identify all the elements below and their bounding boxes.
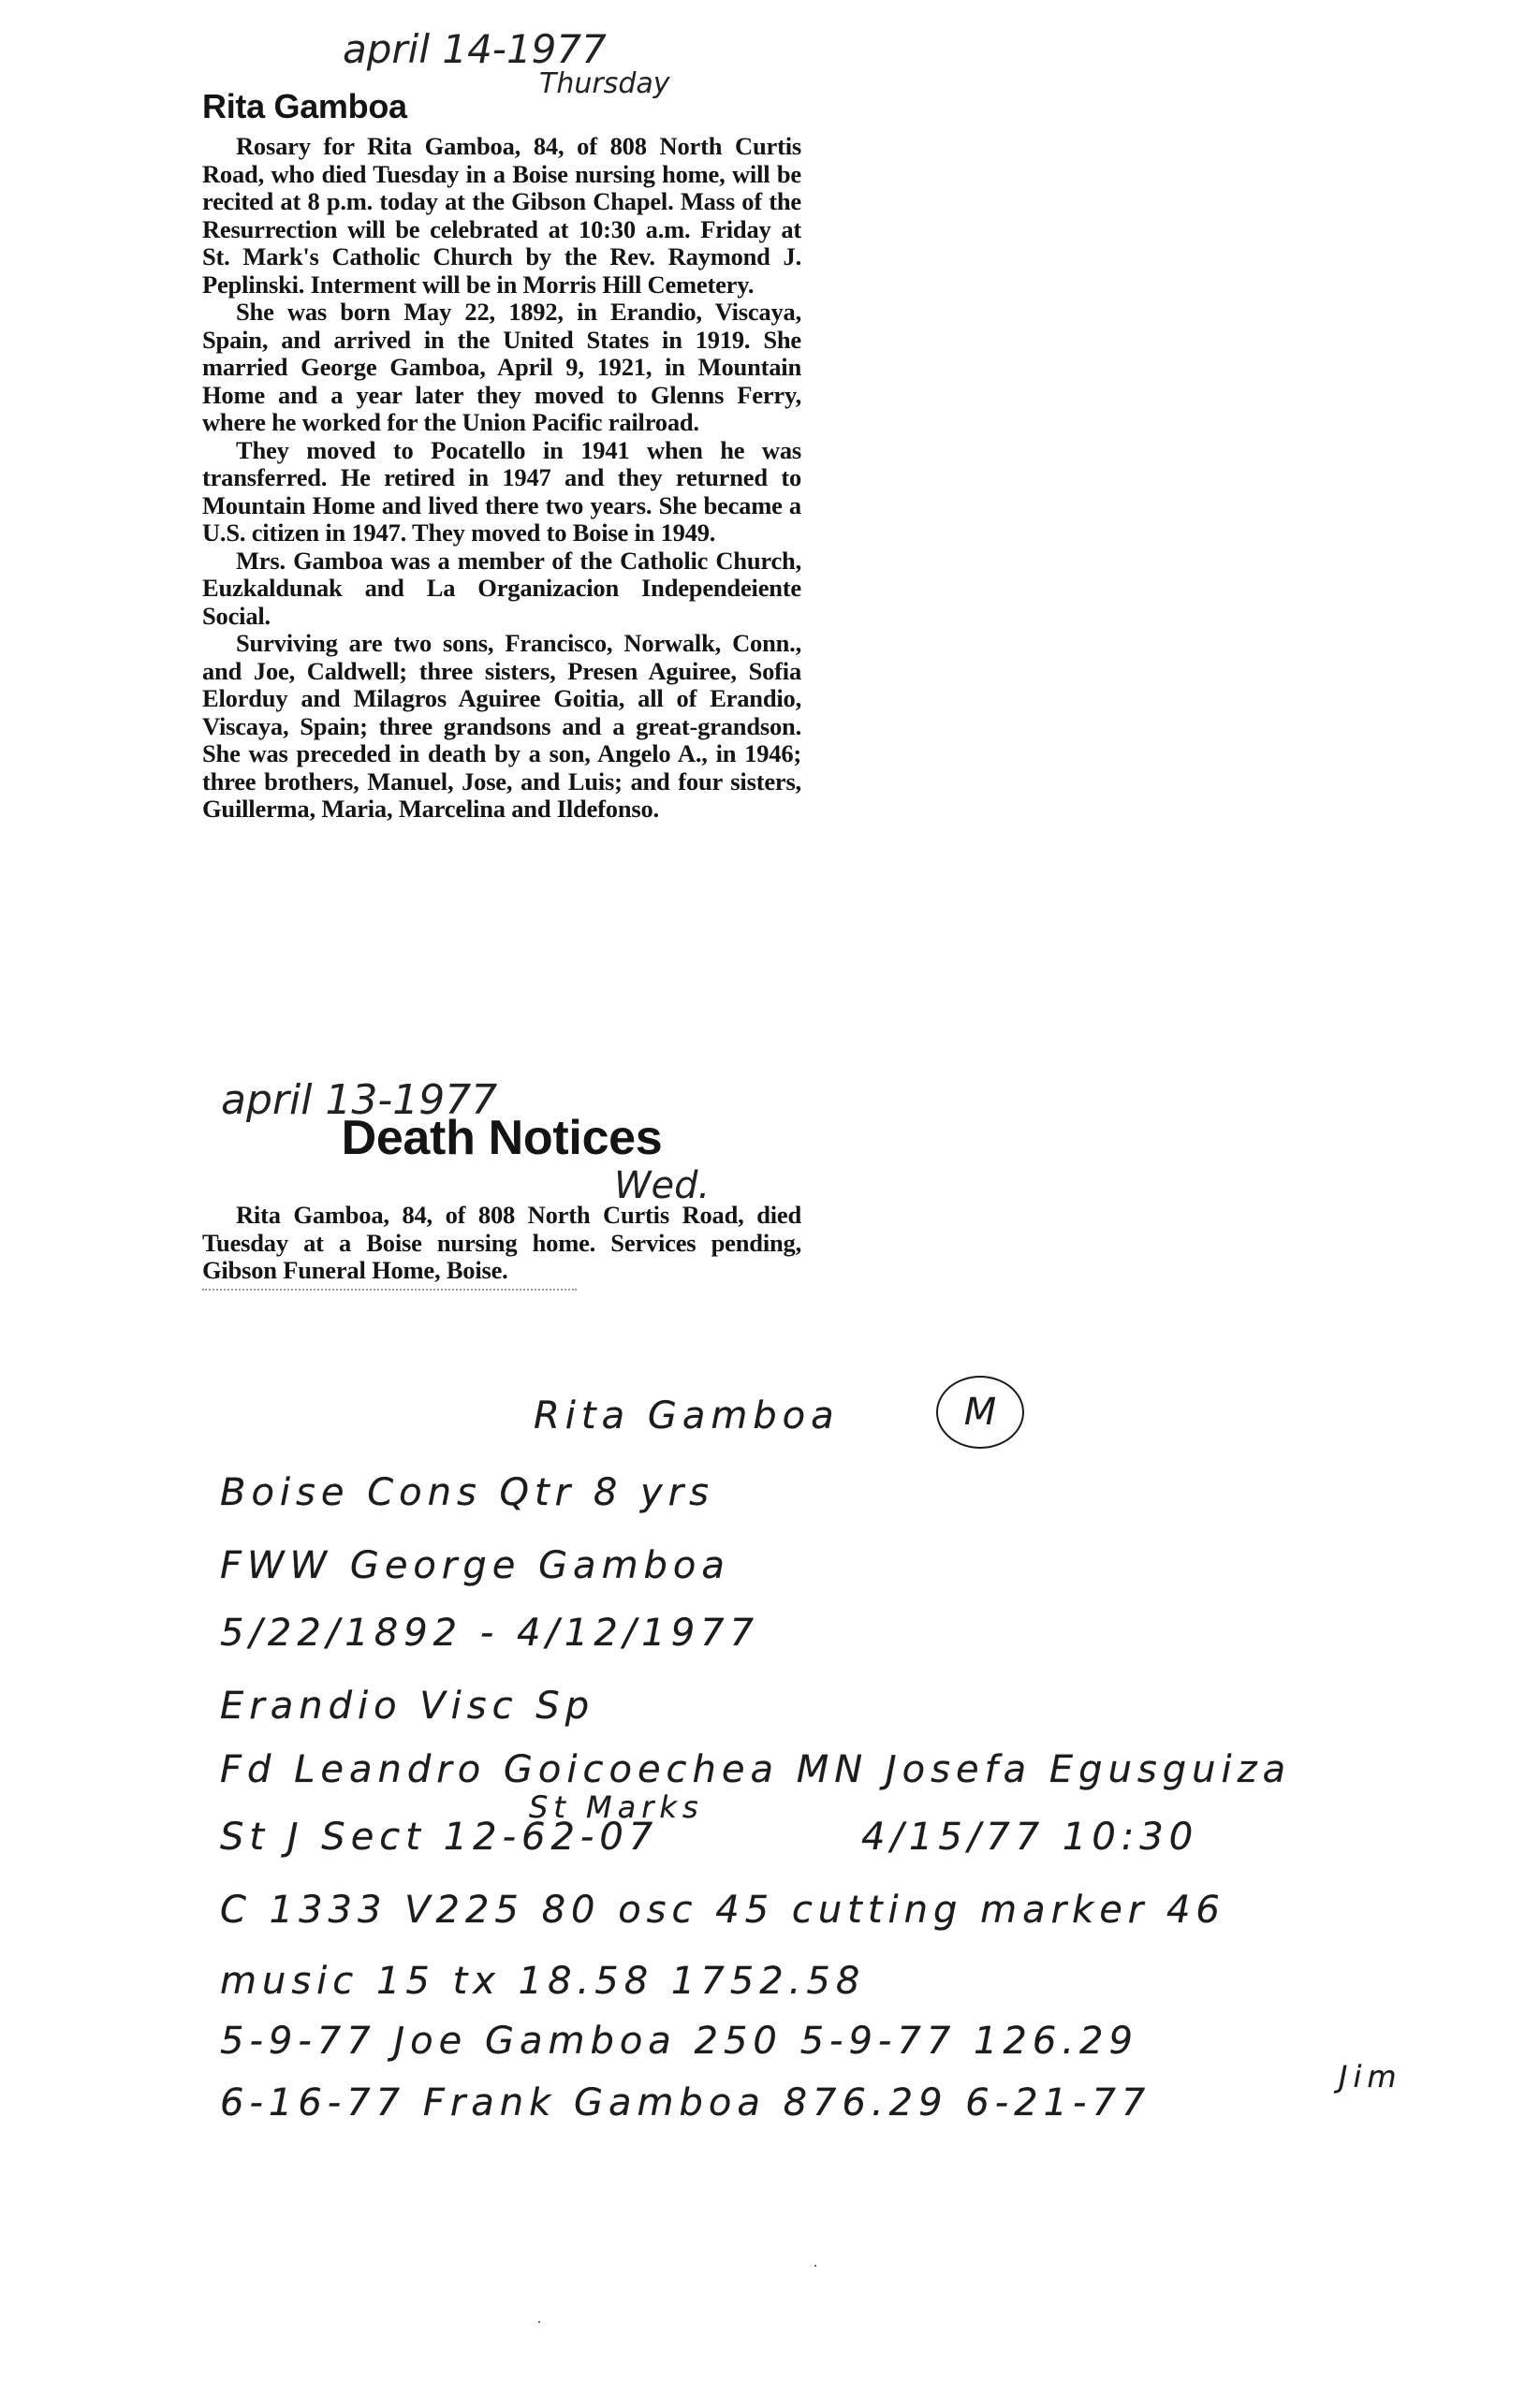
note-line: Erandio Visc Sp xyxy=(220,1685,594,1728)
note-line: St J Sect 12-62-07 xyxy=(220,1816,658,1859)
death-notice-body: Rita Gamboa, 84, of 808 North Curtis Roa… xyxy=(202,1202,801,1285)
obituary-paragraph: She was born May 22, 1892, in Erandio, V… xyxy=(202,299,801,437)
st-marks-note: St Marks xyxy=(529,1789,704,1825)
obituary-paragraph: They moved to Pocatello in 1941 when he … xyxy=(202,437,801,547)
note-line: C 1333 V225 80 osc 45 cutting marker 46 xyxy=(220,1889,1225,1932)
note-line: 5/22/1892 - 4/12/1977 xyxy=(220,1612,759,1655)
obituary-clipping: april 14-1977 Thursday Rita Gamboa Rosar… xyxy=(202,37,801,824)
handwritten-day: Thursday xyxy=(539,67,670,100)
death-notice-clipping: april 13-1977 Wed. Death Notices Rita Ga… xyxy=(202,1067,801,1291)
note-line: 5-9-77 Joe Gamboa 250 5-9-77 126.29 xyxy=(220,2020,1138,2063)
handwritten-title: Rita Gamboa xyxy=(534,1394,840,1438)
obituary-body: Rosary for Rita Gamboa, 84, of 808 North… xyxy=(202,133,801,824)
handwritten-date: april 14-1977 xyxy=(343,26,607,72)
signature: Jim xyxy=(1339,2059,1402,2094)
note-line: FWW George Gamboa xyxy=(220,1544,730,1587)
scan-speck xyxy=(814,2265,816,2267)
handwritten-day: Wed. xyxy=(614,1164,710,1207)
handwritten-date: april 13-1977 xyxy=(221,1076,497,1124)
obituary-paragraph: Surviving are two sons, Francisco, Norwa… xyxy=(202,630,801,824)
circled-mark: M xyxy=(936,1376,1024,1449)
scan-speck xyxy=(538,2321,540,2323)
note-line: Fd Leandro Goicoechea MN Josefa Egusguiz… xyxy=(220,1748,1291,1791)
note-line: music 15 tx 18.58 1752.58 xyxy=(220,1960,865,2003)
obituary-paragraph: Mrs. Gamboa was a member of the Catholic… xyxy=(202,547,801,631)
note-line: 6-16-77 Frank Gamboa 876.29 6-21-77 xyxy=(220,2081,1151,2124)
death-notice-name: Rita Gamboa xyxy=(236,1201,383,1229)
note-line: Boise Cons Qtr 8 yrs xyxy=(220,1471,714,1514)
mass-date-time: 4/15/77 10:30 xyxy=(861,1816,1198,1859)
obituary-paragraph: Rosary for Rita Gamboa, 84, of 808 North… xyxy=(202,133,801,299)
obituary-headline: Rita Gamboa xyxy=(202,90,801,124)
clipping-edge xyxy=(202,1289,577,1291)
